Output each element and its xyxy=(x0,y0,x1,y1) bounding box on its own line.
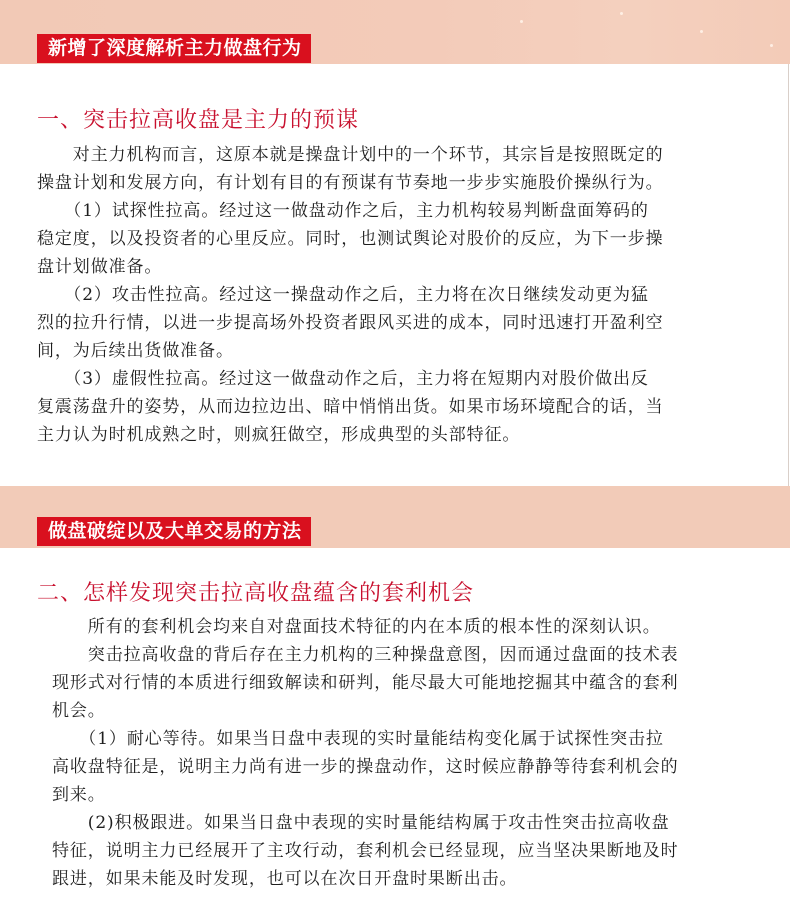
body-line: （2）攻击性拉高。经过这一操盘动作之后，主力将在次日继续发动更为猛 xyxy=(37,281,747,309)
divider-band: 做盘破绽以及大单交易的方法 xyxy=(0,486,790,548)
section-body: 所有的套利机会均来自对盘面技术特征的内在本质的根本性的深刻认识。 突击拉高收盘的… xyxy=(52,613,752,893)
body-line: 高收盘特征是，说明主力尚有进一步的操盘动作，这时候应静静等待套利机会的 xyxy=(52,753,752,781)
header-band: THE STRUCTURE OF THE ORIGINAL BOOK HAS B… xyxy=(0,0,790,64)
sparkle-decoration xyxy=(520,20,523,23)
body-line: （1）试探性拉高。经过这一做盘动作之后，主力机构较易判断盘面筹码的 xyxy=(37,197,747,225)
body-line: 复震荡盘升的姿势，从而边拉边出、暗中悄悄出货。如果市场环境配合的话，当 xyxy=(37,393,747,421)
body-line: 对主力机构而言，这原本就是操盘计划中的一个环节，其宗旨是按照既定的 xyxy=(37,141,747,169)
section-title: 二、怎样发现突击拉高收盘蕴含的套利机会 xyxy=(37,576,474,607)
header-caption: THE STRUCTURE OF THE ORIGINAL BOOK HAS B… xyxy=(0,0,790,2)
body-line: 突击拉高收盘的背后存在主力机构的三种操盘意图，因而通过盘面的技术表 xyxy=(52,641,752,669)
body-line: （1）耐心等待。如果当日盘中表现的实时量能结构变化属于试探性突击拉 xyxy=(52,725,752,753)
body-line: 操盘计划和发展方向，有计划有目的有预谋有节奏地一步步实施股价操纵行为。 xyxy=(37,169,747,197)
body-line: (2)积极跟进。如果当日盘中表现的实时量能结构属于攻击性突击拉高收盘 xyxy=(52,809,752,837)
body-line: 间，为后续出货做准备。 xyxy=(37,337,747,365)
body-line: 盘计划做准备。 xyxy=(37,253,747,281)
feature-banner: 新增了深度解析主力做盘行为 xyxy=(37,34,311,63)
body-line: 特征，说明主力已经展开了主攻行动，套利机会已经显现，应当坚决果断地及时 xyxy=(52,837,752,865)
body-line: 到来。 xyxy=(52,781,752,809)
section-body: 对主力机构而言，这原本就是操盘计划中的一个环节，其宗旨是按照既定的 操盘计划和发… xyxy=(37,141,747,449)
body-line: 机会。 xyxy=(52,697,752,725)
body-line: 所有的套利机会均来自对盘面技术特征的内在本质的根本性的深刻认识。 xyxy=(52,613,752,641)
feature-banner: 做盘破绽以及大单交易的方法 xyxy=(37,517,311,546)
body-line: 现形式对行情的本质进行细致解读和研判，能尽最大可能地挖掘其中蕴含的套利 xyxy=(52,669,752,697)
right-border-line xyxy=(788,64,789,486)
body-line: 跟进，如果未能及时发现，也可以在次日开盘时果断出击。 xyxy=(52,865,752,893)
body-line: 主力认为时机成熟之时，则疯狂做空，形成典型的头部特征。 xyxy=(37,421,747,449)
section-title: 一、突击拉高收盘是主力的预谋 xyxy=(37,103,359,134)
sparkle-decoration xyxy=(620,12,623,15)
sparkle-decoration xyxy=(770,44,773,47)
section-2: 二、怎样发现突击拉高收盘蕴含的套利机会 所有的套利机会均来自对盘面技术特征的内在… xyxy=(0,548,790,900)
sparkle-decoration xyxy=(700,30,703,33)
body-line: 稳定度，以及投资者的心里反应。同时，也测试舆论对股价的反应，为下一步操 xyxy=(37,225,747,253)
body-line: 烈的拉升行情，以进一步提高场外投资者跟风买进的成本，同时迅速打开盈利空 xyxy=(37,309,747,337)
body-line: （3）虚假性拉高。经过这一做盘动作之后，主力将在短期内对股价做出反 xyxy=(37,365,747,393)
section-1: 一、突击拉高收盘是主力的预谋 对主力机构而言，这原本就是操盘计划中的一个环节，其… xyxy=(0,64,790,486)
